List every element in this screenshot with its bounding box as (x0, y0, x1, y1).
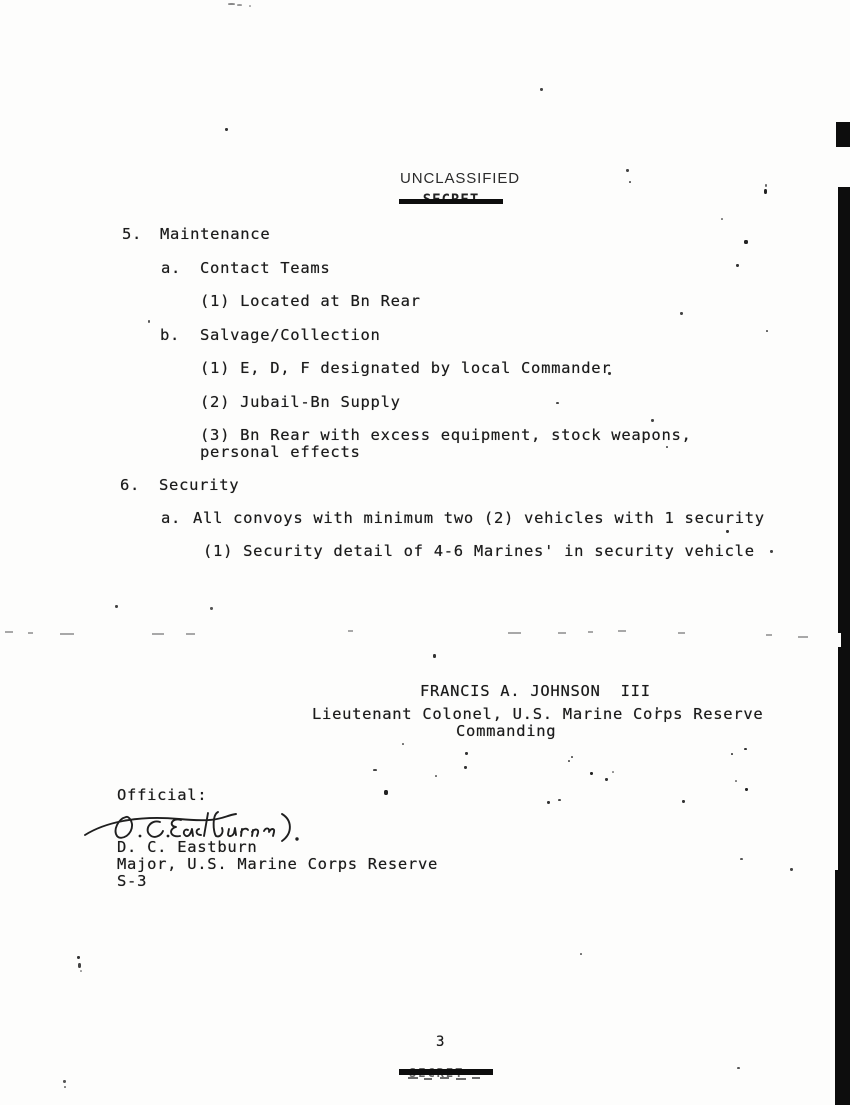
scan-speck (540, 88, 543, 91)
item-5b-sub-1: (1) E, D, F designated by local Commande… (200, 360, 611, 376)
scan-fold-line-dash (798, 636, 808, 638)
scan-fold-line-dash (678, 632, 685, 634)
scan-speck (666, 446, 668, 448)
scan-speck (237, 4, 242, 6)
scan-fold-line-dash (186, 633, 195, 635)
item-6a-sub-1: (1) Security detail of 4-6 Marines' in s… (203, 543, 755, 559)
scan-speck (63, 1080, 66, 1083)
scan-speck (402, 743, 404, 745)
signature-letter (204, 813, 208, 836)
copier-artifact-right-bar-bulge (835, 870, 839, 1105)
official-unit: S-3 (117, 873, 147, 889)
scan-speck (228, 3, 235, 5)
scan-speck (465, 752, 468, 755)
scan-speck (682, 800, 685, 803)
scan-speck (764, 189, 767, 194)
scan-fold-line-dash (348, 630, 353, 632)
official-title: Major, U.S. Marine Corps Reserve (117, 856, 438, 872)
scan-speck (373, 769, 377, 771)
scan-speck (210, 607, 213, 610)
item-5b-sub-3-line-1: (3) Bn Rear with excess equipment, stock… (200, 427, 692, 443)
item-6a-label: a. (161, 510, 181, 526)
scan-speck (64, 1086, 66, 1088)
scan-speck (629, 181, 631, 183)
struck-text-remnant (440, 1077, 449, 1079)
scan-speck (558, 799, 561, 801)
signature-letter (241, 829, 248, 836)
page-number: 3 (436, 1034, 445, 1050)
scan-speck (790, 868, 793, 871)
scan-fold-line-dash (558, 632, 566, 634)
scan-speck (605, 778, 608, 781)
scan-speck (78, 963, 81, 968)
scan-speck (590, 772, 593, 775)
scan-fold-line-dash (5, 631, 13, 633)
scan-speck (612, 771, 614, 773)
section-5-number: 5. (122, 226, 142, 242)
scan-speck (721, 218, 723, 220)
scan-speck (225, 128, 228, 131)
scan-fold-line-dash (28, 632, 33, 634)
scan-fold-line-dash (618, 630, 626, 632)
signature-letter (148, 821, 163, 836)
struck-text-remnant (472, 1077, 480, 1079)
scan-fold-line-dash (766, 634, 772, 636)
scan-speck (651, 419, 654, 422)
unclassified-stamp: UNCLASSIFIED (400, 171, 520, 187)
signer-title: Lieutenant Colonel, U.S. Marine Corps Re… (312, 706, 763, 722)
scan-speck (568, 760, 570, 762)
item-5b-label: b. (160, 327, 180, 343)
item-6a-text: All convoys with minimum two (2) vehicle… (193, 510, 765, 526)
scan-speck (556, 402, 559, 404)
scan-speck (770, 550, 773, 553)
scan-speck (80, 970, 82, 972)
right-bar-notch (831, 633, 841, 647)
signature-letter (252, 829, 258, 836)
scan-speck (580, 953, 582, 955)
scan-speck (435, 775, 437, 777)
scan-speck (433, 654, 436, 658)
scan-speck (115, 605, 118, 608)
scanned-document-page: { "header": { "unclassified": "UNCLASSIF… (0, 0, 850, 1105)
item-5a-sub-1: (1) Located at Bn Rear (200, 293, 421, 309)
scan-speck (148, 320, 150, 323)
secret-stamp-struck-top: SECRET (404, 192, 498, 208)
scan-speck (735, 780, 737, 782)
scan-speck (765, 184, 767, 187)
item-5a-label: a. (161, 260, 181, 276)
signer-name: FRANCIS A. JOHNSON III (420, 683, 651, 699)
item-5b-sub-2: (2) Jubail-Bn Supply (200, 394, 401, 410)
official-label: Official: (117, 787, 207, 803)
scan-speck (766, 330, 768, 332)
scan-speck (731, 753, 733, 755)
scan-speck (726, 530, 729, 533)
scan-speck (384, 790, 388, 795)
section-6-title: Security (159, 477, 239, 493)
scan-speck (464, 766, 467, 769)
scan-speck (547, 801, 550, 804)
scan-speck (745, 788, 748, 791)
strikethrough-line (399, 199, 503, 204)
scan-speck (680, 312, 683, 315)
signature-letter (184, 829, 193, 836)
scan-fold-line-dash (152, 633, 164, 635)
scan-speck (744, 748, 747, 750)
scan-speck (571, 756, 573, 758)
scan-speck (736, 264, 739, 267)
struck-text-remnant (424, 1078, 432, 1080)
scan-speck (737, 1067, 740, 1069)
signature-letter (228, 828, 236, 836)
scan-speck (77, 956, 80, 959)
scan-speck (608, 372, 611, 375)
official-name: D. C. Eastburn (117, 839, 257, 855)
signature-letter (214, 812, 223, 836)
scan-speck (626, 169, 629, 172)
section-5-title: Maintenance (160, 226, 270, 242)
signature-end-flourish (282, 814, 290, 841)
scan-speck (744, 240, 748, 244)
scan-speck (740, 858, 743, 860)
struck-text-remnant (408, 1077, 418, 1079)
section-6-number: 6. (120, 477, 140, 493)
signer-role: Commanding (456, 723, 556, 739)
signature-letter (197, 829, 201, 835)
item-5b-text: Salvage/Collection (200, 327, 381, 343)
copier-artifact-block (836, 122, 850, 147)
strikethrough-line-bottom (399, 1069, 493, 1075)
scan-fold-line-dash (60, 633, 74, 635)
scan-fold-line-dash (508, 632, 521, 634)
scan-speck (249, 5, 251, 7)
signature-letter (264, 828, 274, 836)
scan-speck (656, 707, 658, 710)
struck-text-remnant (456, 1078, 466, 1080)
item-5a-text: Contact Teams (200, 260, 330, 276)
scan-fold-line-dash (588, 631, 593, 633)
signature-letter (171, 819, 181, 836)
item-5b-sub-3-line-2: personal effects (200, 444, 361, 460)
